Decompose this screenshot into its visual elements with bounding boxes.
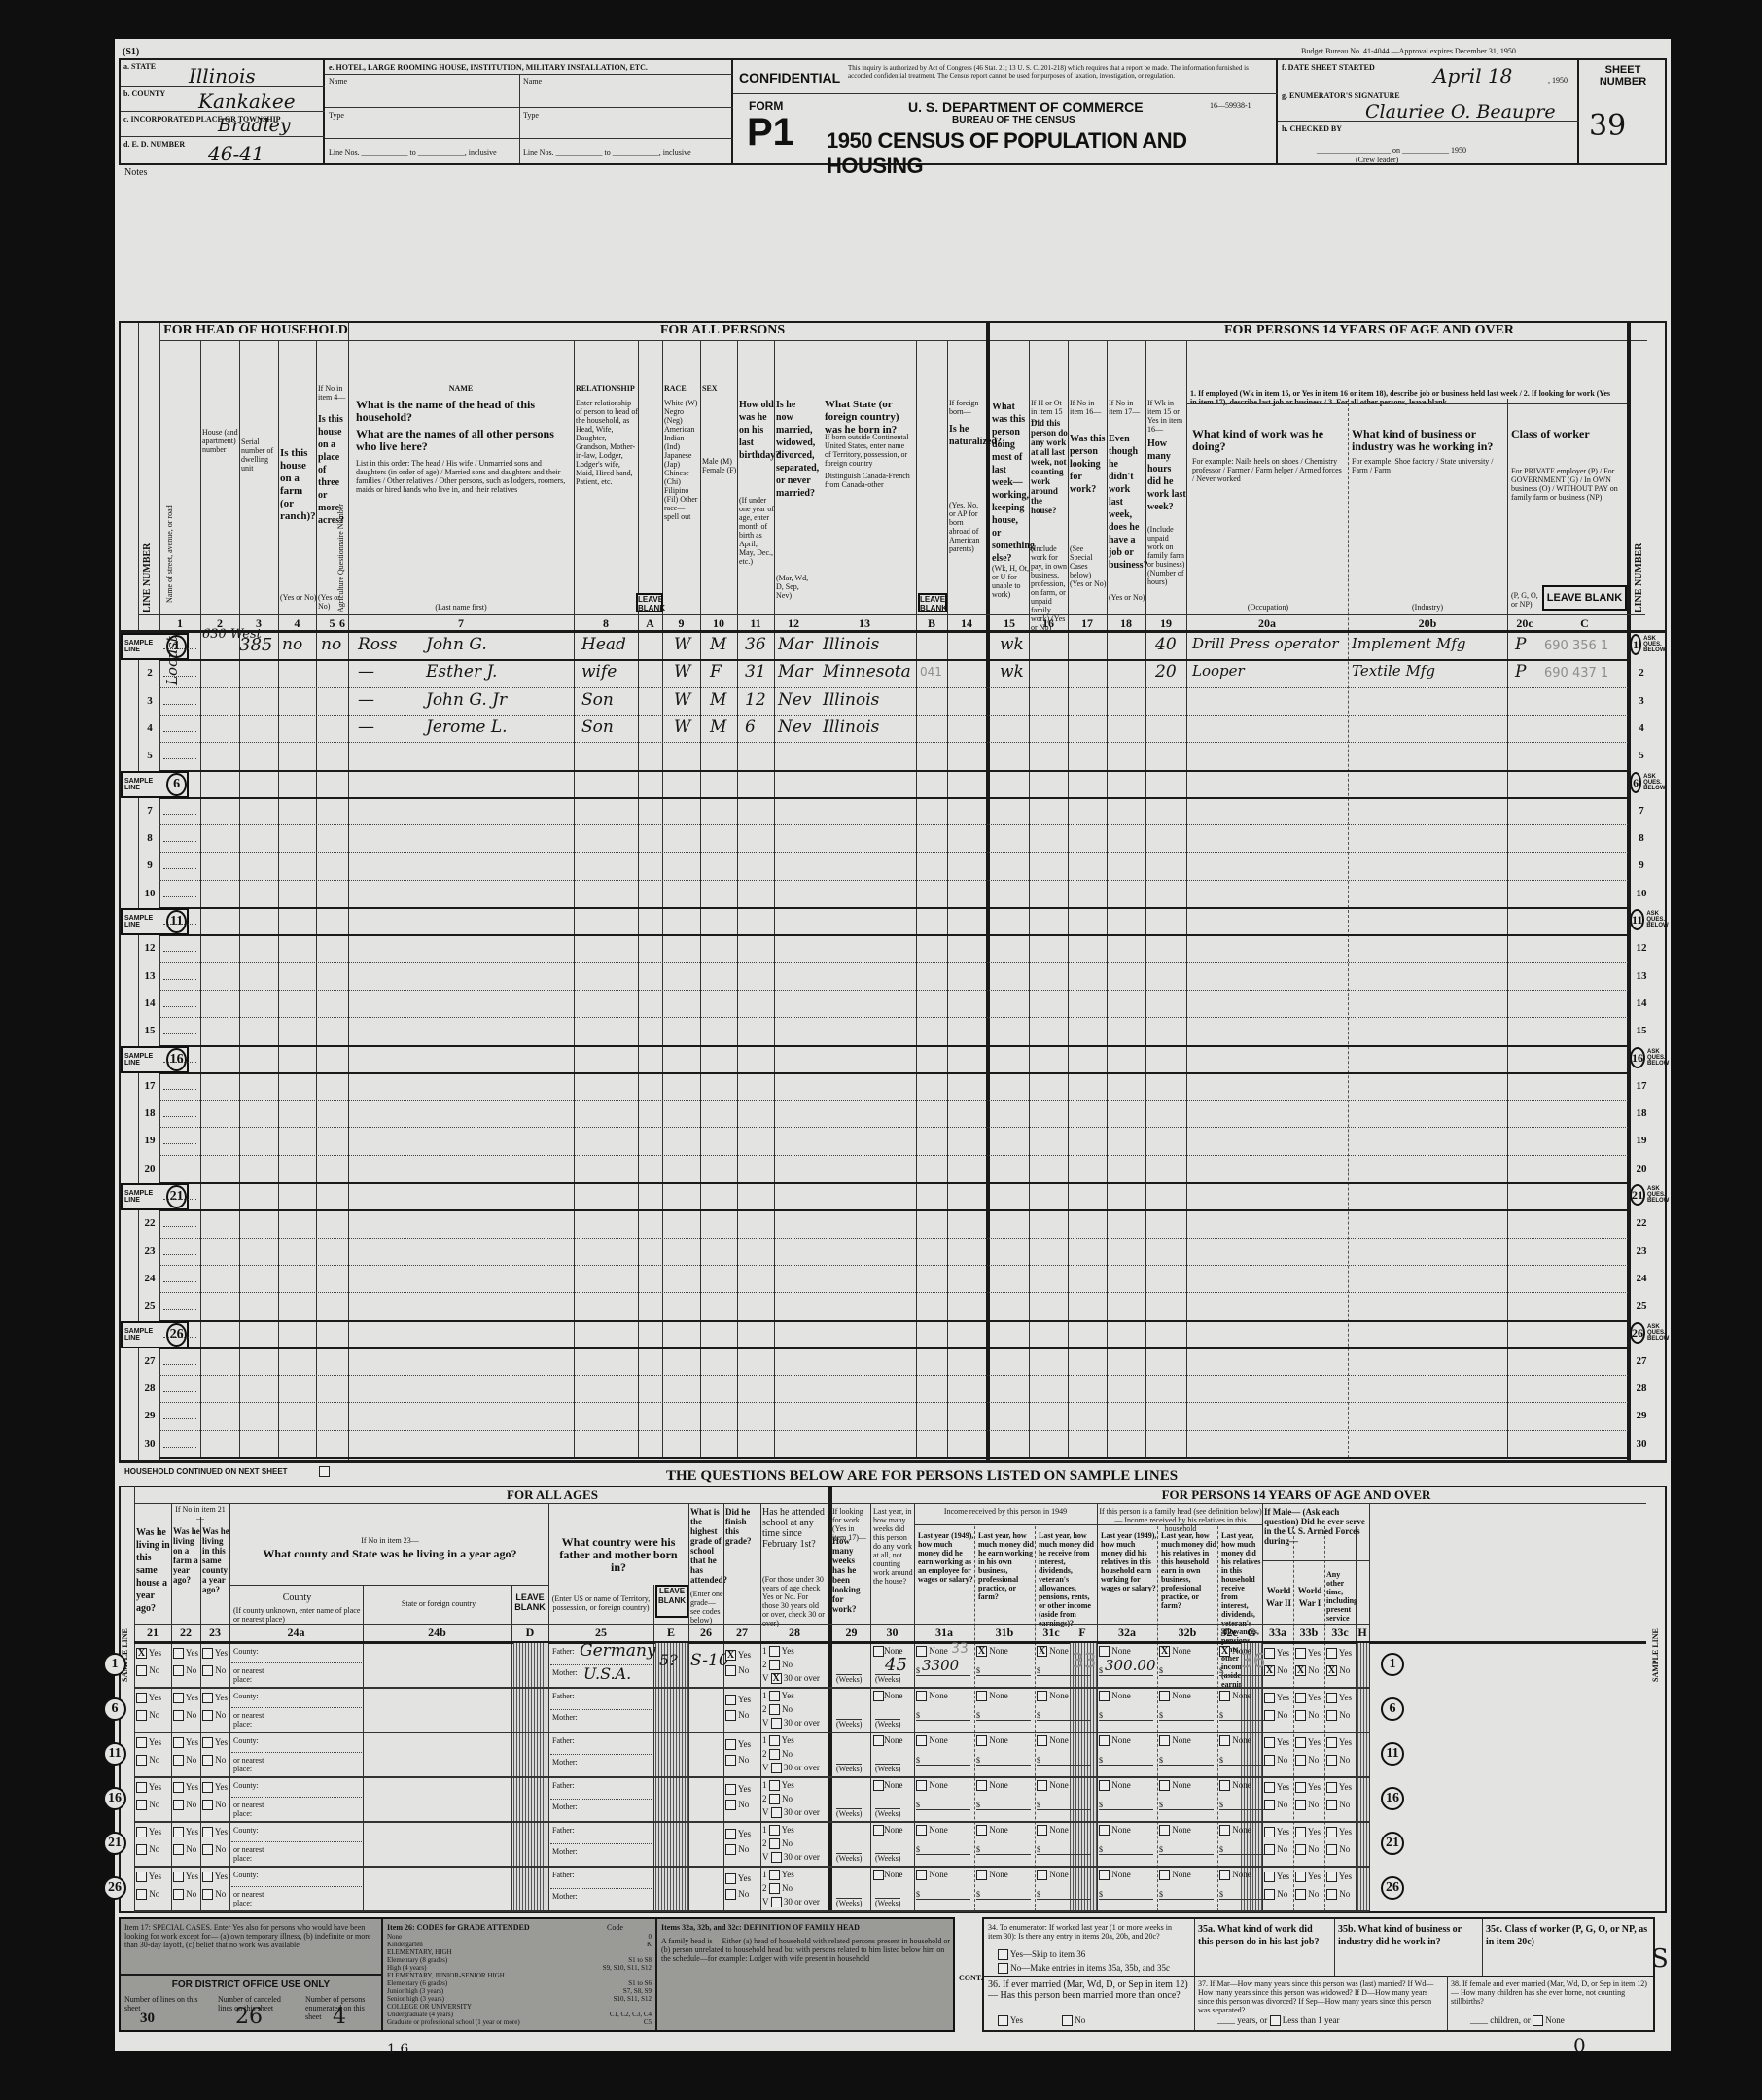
- col25-note: (Enter US or name of Territory, possessi…: [550, 1594, 652, 1612]
- row-divider: [159, 1238, 1628, 1239]
- sample-line-tag: SAMPLE LINE16: [121, 1046, 189, 1073]
- q33a-no-checkbox[interactable]: X: [1264, 1665, 1275, 1676]
- q32c-none-checkbox[interactable]: [1219, 1870, 1230, 1880]
- sample-tag-label: SAMPLE LINE: [124, 640, 162, 653]
- street-dotted: [163, 979, 196, 980]
- grade-code-value: S9, S10, S11, S12: [603, 1964, 652, 1972]
- cell-race: W: [674, 690, 698, 710]
- q32c-none-checkbox[interactable]: [1219, 1780, 1230, 1791]
- grade-code-row: KindergartenK: [387, 1941, 652, 1948]
- line-number: 12: [140, 942, 159, 954]
- q32a-none-checkbox[interactable]: [1099, 1646, 1110, 1657]
- q31c-none-checkbox[interactable]: [1037, 1870, 1047, 1880]
- row-divider: [159, 852, 1628, 853]
- q21-yes-checkbox[interactable]: X: [136, 1648, 147, 1659]
- q30-weeks: (Weeks): [875, 1853, 900, 1863]
- q21-yes-checkbox[interactable]: [136, 1827, 147, 1837]
- q23-no-checkbox[interactable]: [202, 1889, 213, 1900]
- q21-no-checkbox[interactable]: [136, 1710, 147, 1721]
- q31c-none-checkbox[interactable]: [1037, 1691, 1047, 1701]
- q22-no-checkbox[interactable]: [173, 1665, 184, 1676]
- q33a-yes-checkbox[interactable]: [1264, 1693, 1275, 1703]
- q33c-yes-checkbox[interactable]: [1326, 1737, 1337, 1748]
- q33b-yes-checkbox[interactable]: [1295, 1827, 1306, 1837]
- q32b-none-checkbox[interactable]: [1159, 1870, 1170, 1880]
- q33b-no-checkbox[interactable]: X: [1295, 1665, 1306, 1676]
- q33a-yes-checkbox[interactable]: [1264, 1782, 1275, 1793]
- cell-name_first: John G. Jr: [426, 690, 572, 710]
- below-marks: 1 6: [387, 2042, 408, 2057]
- sample-row-number: 11: [103, 1742, 126, 1766]
- q33a-no-checkbox[interactable]: [1264, 1844, 1275, 1855]
- q28-no-checkbox[interactable]: [769, 1749, 780, 1760]
- col20c-examples: For PRIVATE employer (P) / For GOVERNMEN…: [1511, 467, 1624, 502]
- q33a-no-checkbox[interactable]: [1264, 1755, 1275, 1766]
- q23-yes-checkbox[interactable]: [202, 1693, 213, 1703]
- cell-race: W: [674, 635, 698, 654]
- sample-row-divider: [134, 1687, 1369, 1689]
- q21-no-checkbox[interactable]: [136, 1889, 147, 1900]
- q38-none-checkbox[interactable]: [1533, 2015, 1543, 2026]
- line-number: 20: [140, 1163, 159, 1174]
- q28-yes-checkbox[interactable]: [769, 1780, 780, 1791]
- q22-yes-checkbox[interactable]: [173, 1693, 184, 1703]
- q27-no-checkbox[interactable]: [725, 1755, 736, 1766]
- colnum-15: 15: [990, 616, 1029, 631]
- q27-yes-checkbox[interactable]: X: [725, 1650, 736, 1661]
- q22-yes-checkbox[interactable]: [173, 1872, 184, 1882]
- street-dotted: [163, 868, 196, 869]
- q28-yes-checkbox[interactable]: [769, 1691, 780, 1701]
- q30-none-checkbox[interactable]: [873, 1870, 884, 1880]
- nearest-place-label: or nearest place:: [233, 1711, 282, 1729]
- q21-no-checkbox[interactable]: [136, 1844, 147, 1855]
- footer-instructions: Item 17: SPECIAL CASES. Enter Yes also f…: [119, 1917, 955, 2032]
- q33b-yes-checkbox[interactable]: [1295, 1693, 1306, 1703]
- q28-yes-checkbox[interactable]: [769, 1870, 780, 1880]
- q28-no-checkbox[interactable]: [769, 1838, 780, 1849]
- cell-farm: no: [282, 635, 315, 654]
- county-label: County:: [233, 1647, 259, 1656]
- col18-header: Even though he didn't work last week, do…: [1109, 433, 1145, 572]
- street-dotted: [163, 1199, 196, 1200]
- q33a-no-checkbox[interactable]: [1264, 1889, 1275, 1900]
- colnum-26: 26: [688, 1626, 723, 1640]
- colnum-33a: 33a: [1262, 1626, 1293, 1640]
- q32b-none-checkbox[interactable]: [1159, 1735, 1170, 1746]
- col12-note: (Mar, Wd, D, Sep, Nev): [776, 574, 813, 600]
- q31c-none-checkbox[interactable]: X: [1037, 1646, 1047, 1657]
- q22-no-checkbox[interactable]: [173, 1755, 184, 1766]
- line-number: 22: [140, 1217, 159, 1229]
- q32a-amount-line: $: [1099, 1711, 1153, 1721]
- q36-no-checkbox[interactable]: [1062, 2015, 1073, 2026]
- father-label: Father:: [552, 1871, 575, 1879]
- q21-yes-checkbox[interactable]: [136, 1872, 147, 1882]
- q33b-yes-checkbox[interactable]: [1295, 1737, 1306, 1748]
- col32a-header: Last year (1949), how much money did his…: [1101, 1531, 1157, 1592]
- district-office-label: FOR DISTRICT OFFICE USE ONLY: [121, 1979, 381, 1990]
- line-number-right: 12: [1632, 942, 1651, 954]
- q32a-none-checkbox[interactable]: [1099, 1735, 1110, 1746]
- q35c-text: 35c. Class of worker (P, G, O, or NP, as…: [1486, 1923, 1651, 1948]
- q31a-none-checkbox[interactable]: [916, 1646, 927, 1657]
- cell-hours: 40: [1155, 635, 1184, 654]
- q34-no-checkbox[interactable]: [998, 1963, 1008, 1974]
- col14-note: (Yes, No, or AP for born abroad of Ameri…: [949, 501, 986, 553]
- q31c-none-checkbox[interactable]: [1037, 1735, 1047, 1746]
- q33b-yes-checkbox[interactable]: [1295, 1872, 1306, 1882]
- county-label: County:: [233, 1781, 259, 1790]
- q33b-no-checkbox[interactable]: [1295, 1800, 1306, 1810]
- line-number-label-right: LINE NUMBER: [1634, 467, 1644, 612]
- q27-yes-checkbox[interactable]: [725, 1829, 736, 1839]
- q28-30-over-checkbox[interactable]: [771, 1807, 782, 1818]
- q31b-amount-line: $: [976, 1801, 1031, 1810]
- q27-no-checkbox[interactable]: [725, 1800, 736, 1810]
- q33c-yes-checkbox[interactable]: [1326, 1872, 1337, 1882]
- cell-industry: Textile Mfg: [1352, 662, 1507, 680]
- q33a-no-checkbox[interactable]: [1264, 1710, 1275, 1721]
- q38-none-label: None: [1545, 2015, 1565, 2025]
- street-dotted: [163, 1089, 196, 1090]
- q27-no-checkbox[interactable]: [725, 1665, 736, 1676]
- q33c-no-checkbox[interactable]: [1326, 1755, 1337, 1766]
- q31b-none-checkbox[interactable]: [976, 1780, 987, 1791]
- cell-name_last: Ross: [358, 635, 416, 654]
- q34-yes-checkbox[interactable]: [998, 1949, 1008, 1960]
- q22-no-checkbox[interactable]: [173, 1844, 184, 1855]
- q29-weeks: (Weeks): [836, 1674, 862, 1684]
- grade-code-value: S1 to S6: [628, 1979, 652, 1987]
- q33c-no-checkbox[interactable]: [1326, 1800, 1337, 1810]
- q33b-no-checkbox[interactable]: [1295, 1844, 1306, 1855]
- q28-yes-checkbox[interactable]: [769, 1825, 780, 1836]
- q32b-none-checkbox[interactable]: [1159, 1691, 1170, 1701]
- line-number: 17: [140, 1080, 159, 1092]
- county-label: County:: [233, 1692, 259, 1700]
- colnum-7: 7: [348, 616, 574, 631]
- q27-no-checkbox[interactable]: [725, 1844, 736, 1855]
- q33a-yes-checkbox[interactable]: [1264, 1648, 1275, 1659]
- q33c-no-checkbox[interactable]: [1326, 1844, 1337, 1855]
- cell-relationship: Head: [581, 635, 638, 654]
- row-divider: [159, 1292, 1628, 1293]
- mother-label: Mother:: [552, 1892, 578, 1901]
- q28-no-checkbox[interactable]: [769, 1794, 780, 1804]
- leave-blank-c: LEAVE BLANK: [1542, 585, 1627, 611]
- q23-no-checkbox[interactable]: [202, 1665, 213, 1676]
- enumerator-signature: Clauriee O. Beaupre: [1365, 101, 1556, 122]
- grade-code-value: K: [647, 1941, 652, 1948]
- q29-weeks: (Weeks): [836, 1719, 862, 1729]
- q32b-none-checkbox[interactable]: [1159, 1780, 1170, 1791]
- q21-yes-checkbox[interactable]: [136, 1693, 147, 1703]
- enumerated-value: 4: [333, 2005, 346, 2029]
- q28-no-checkbox[interactable]: [769, 1883, 780, 1894]
- q23-yes-checkbox[interactable]: [202, 1827, 213, 1837]
- county-label: County:: [233, 1826, 259, 1835]
- row-divider: [159, 1402, 1628, 1403]
- col15-header: What was this person doing most of last …: [992, 401, 1029, 565]
- q31b-none-checkbox[interactable]: [976, 1825, 987, 1836]
- colnum-8: 8: [574, 616, 638, 631]
- q32a-none-checkbox[interactable]: [1099, 1780, 1110, 1791]
- q31b-none-checkbox[interactable]: [976, 1735, 987, 1746]
- q31b-none-checkbox[interactable]: X: [976, 1646, 987, 1657]
- q31a-none-checkbox[interactable]: [916, 1825, 927, 1836]
- street-dotted: [163, 896, 196, 897]
- q32c-none-checkbox[interactable]: [1219, 1825, 1230, 1836]
- q33a-yes-checkbox[interactable]: [1264, 1872, 1275, 1882]
- street-name: Locust: [163, 627, 181, 685]
- q28-no-checkbox[interactable]: [769, 1660, 780, 1670]
- q22-no-checkbox[interactable]: [173, 1889, 184, 1900]
- street-dotted: [163, 1143, 196, 1144]
- q33c-yes-checkbox[interactable]: [1326, 1782, 1337, 1793]
- col7-head: NAME: [348, 384, 574, 393]
- q23-no-checkbox[interactable]: [202, 1710, 213, 1721]
- col20b-examples: For example: Shoe factory / State univer…: [1352, 457, 1503, 474]
- row-divider: [159, 1155, 1628, 1156]
- street-dotted: [163, 704, 196, 705]
- row-divider: [159, 880, 1628, 881]
- q23-yes-checkbox[interactable]: [202, 1872, 213, 1882]
- street-dotted: [163, 758, 196, 759]
- q23-no-checkbox[interactable]: [202, 1844, 213, 1855]
- q33b-no-checkbox[interactable]: [1295, 1755, 1306, 1766]
- hotel-line-nos-2: Line Nos. ____________ to ____________, …: [523, 148, 691, 157]
- q28-yes-checkbox[interactable]: [769, 1646, 780, 1657]
- mother-label: Mother:: [552, 1847, 578, 1856]
- line-number: 3: [140, 695, 159, 707]
- q32c-none-checkbox[interactable]: [1219, 1691, 1230, 1701]
- line-number-right: 18: [1632, 1107, 1651, 1119]
- q30-none-checkbox[interactable]: [873, 1780, 884, 1791]
- q33c-yes-checkbox[interactable]: [1326, 1827, 1337, 1837]
- q37-less-than-1-checkbox[interactable]: [1270, 2015, 1281, 2026]
- grade-code-row: Undergraduate (4 years)C1, C2, C3, C4: [387, 2011, 652, 2018]
- household-continued-checkbox[interactable]: [319, 1466, 330, 1477]
- q23-yes-checkbox[interactable]: [202, 1648, 213, 1659]
- q31a-none-checkbox[interactable]: [916, 1780, 927, 1791]
- q32b-none-checkbox[interactable]: [1159, 1825, 1170, 1836]
- colnum-12: 12: [774, 616, 813, 631]
- q33c-yes-checkbox[interactable]: [1326, 1648, 1337, 1659]
- q31b-none-checkbox[interactable]: [976, 1870, 987, 1880]
- row-divider: [159, 1100, 1628, 1101]
- q23-no-checkbox[interactable]: [202, 1800, 213, 1810]
- line-number-right: 4: [1632, 722, 1651, 734]
- line-number-right: 23: [1632, 1245, 1651, 1257]
- q21-yes-checkbox[interactable]: [136, 1782, 147, 1793]
- grade-codes-code-label: Code: [607, 1923, 623, 1932]
- colnum-30: 30: [870, 1626, 914, 1640]
- q29-weeks: (Weeks): [836, 1898, 862, 1907]
- margin-code: (S1): [123, 47, 139, 57]
- q31c-amount-line: $: [1037, 1845, 1091, 1855]
- title-block: CONFIDENTIAL This inquiry is authorized …: [733, 60, 1278, 163]
- grade-code-label: Junior high (3 years): [387, 1987, 443, 1995]
- line-number: 9: [140, 859, 159, 871]
- q28-no-checkbox[interactable]: [769, 1704, 780, 1715]
- cell-hours: 20: [1155, 662, 1184, 682]
- col18-note: (Yes or No): [1109, 593, 1145, 602]
- q30-weeks: (Weeks): [875, 1719, 900, 1729]
- q37-text: 37. If Mar—How many years since this per…: [1198, 1979, 1441, 2014]
- q30-none-checkbox[interactable]: [873, 1691, 884, 1701]
- line-number: 29: [140, 1410, 159, 1421]
- q21-no-checkbox[interactable]: [136, 1665, 147, 1676]
- q32c-none-checkbox[interactable]: X: [1219, 1646, 1230, 1657]
- q21-yes-checkbox[interactable]: [136, 1737, 147, 1748]
- sample-line-tag: SAMPLE LINE11: [121, 908, 189, 935]
- lines-on-sheet-value: 30: [140, 2011, 155, 2027]
- father-label: Father:: [552, 1826, 575, 1835]
- cell-name_first: Jerome L.: [426, 717, 572, 737]
- q33a-yes-checkbox[interactable]: [1264, 1737, 1275, 1748]
- street-dotted: [163, 924, 196, 925]
- street-dotted: [163, 1226, 196, 1227]
- q27-no-checkbox[interactable]: [725, 1710, 736, 1721]
- q32a-none-checkbox[interactable]: [1099, 1691, 1110, 1701]
- q22-yes-checkbox[interactable]: [173, 1648, 184, 1659]
- q31c-none-checkbox[interactable]: [1037, 1825, 1047, 1836]
- q31a-none-checkbox[interactable]: [916, 1691, 927, 1701]
- cell-class: P: [1515, 635, 1534, 654]
- q31a-none-checkbox[interactable]: [916, 1870, 927, 1880]
- sample-row-number-right: 11: [1381, 1742, 1404, 1766]
- q31b-none-checkbox[interactable]: [976, 1691, 987, 1701]
- q23-yes-checkbox[interactable]: [202, 1782, 213, 1793]
- colnum-22: 22: [171, 1626, 200, 1640]
- q33b-yes-checkbox[interactable]: [1295, 1648, 1306, 1659]
- form-code: 16—59938-1: [1210, 101, 1251, 110]
- q28-30-over-checkbox[interactable]: [771, 1763, 782, 1773]
- q28-yes-checkbox[interactable]: [769, 1735, 780, 1746]
- colnum-20a: 20a: [1186, 616, 1348, 631]
- q33b-no-checkbox[interactable]: [1295, 1889, 1306, 1900]
- row-divider: [159, 742, 1628, 743]
- colnum-16: 16: [1029, 616, 1068, 631]
- q27-yes-checkbox[interactable]: [725, 1784, 736, 1795]
- colnum-23: 23: [200, 1626, 229, 1640]
- col26-header: What is the highest grade of school that…: [690, 1507, 723, 1585]
- q33c-no-checkbox[interactable]: X: [1326, 1665, 1337, 1676]
- grade-code-label: Elementary (6 grades): [387, 1979, 447, 1987]
- colnum-e: E: [653, 1626, 688, 1640]
- q30-none-checkbox[interactable]: [873, 1735, 884, 1746]
- q27-yes-checkbox[interactable]: [725, 1695, 736, 1705]
- line-number-right: 10: [1632, 888, 1651, 899]
- cell-name_first: Esther J.: [426, 662, 572, 682]
- q31c-none-checkbox[interactable]: [1037, 1780, 1047, 1791]
- q32b-amount-line: $: [1159, 1756, 1214, 1766]
- street-dotted: [163, 1309, 196, 1310]
- sample-row-divider: [134, 1732, 1369, 1733]
- q22-no-checkbox[interactable]: [173, 1800, 184, 1810]
- confidential-label: CONFIDENTIAL: [739, 70, 840, 86]
- q23-no-checkbox[interactable]: [202, 1755, 213, 1766]
- q21-no-checkbox[interactable]: [136, 1755, 147, 1766]
- colnum-32c: 32c: [1217, 1626, 1241, 1640]
- q31a-code: 33: [951, 1641, 969, 1657]
- q22-no-checkbox[interactable]: [173, 1710, 184, 1721]
- q32c-none-checkbox[interactable]: [1219, 1735, 1230, 1746]
- col24a-note: (If county unknown, enter name of place …: [233, 1606, 362, 1624]
- q33c-no-checkbox[interactable]: [1326, 1889, 1337, 1900]
- armed-forces-header: If Male— (Ask each question) Did he ever…: [1264, 1507, 1369, 1546]
- q27-no-checkbox[interactable]: [725, 1889, 736, 1900]
- q32a-none-checkbox[interactable]: [1099, 1870, 1110, 1880]
- place-value: Bradley: [218, 115, 291, 136]
- q23-yes-checkbox[interactable]: [202, 1737, 213, 1748]
- cell-name_first: John G.: [426, 635, 572, 654]
- cell-activity: wk: [1000, 635, 1029, 654]
- section-persons-14: FOR PERSONS 14 YEARS OF AGE AND OVER: [1097, 323, 1641, 338]
- col20a-header: What kind of work was he doing?: [1192, 428, 1344, 453]
- q33a-no-checkbox[interactable]: [1264, 1800, 1275, 1810]
- colnum-17: 17: [1068, 616, 1107, 631]
- q33c-no-checkbox[interactable]: [1326, 1710, 1337, 1721]
- q36-no-label: No: [1075, 2015, 1085, 2025]
- col19-note: (Include unpaid work on family farm or b…: [1147, 525, 1186, 586]
- q31a-none-checkbox[interactable]: [916, 1735, 927, 1746]
- cell-race: W: [674, 717, 698, 737]
- q28-30-over-checkbox[interactable]: X: [771, 1673, 782, 1684]
- ask-below-label: ASK QUES. BELOW: [1647, 1186, 1669, 1204]
- grade-code-value: S10, S11, S12: [614, 1995, 652, 2003]
- county-value: Kankakee: [198, 89, 296, 113]
- q27-yes-checkbox[interactable]: [725, 1873, 736, 1884]
- sample-tag-label: SAMPLE LINE: [124, 915, 162, 928]
- q32b-none-checkbox[interactable]: X: [1159, 1646, 1170, 1657]
- street-dotted: [163, 1447, 196, 1448]
- q27-yes-checkbox[interactable]: [725, 1739, 736, 1750]
- col24-pre: If No in item 23—: [231, 1536, 548, 1545]
- cell-age: 31: [745, 662, 774, 682]
- q30-none-checkbox[interactable]: [873, 1825, 884, 1836]
- q21-no-checkbox[interactable]: [136, 1800, 147, 1810]
- q30-none-checkbox[interactable]: [873, 1646, 884, 1657]
- q28-30-over-checkbox[interactable]: [771, 1897, 782, 1907]
- q28-30-over-checkbox[interactable]: [771, 1852, 782, 1863]
- date-label: f. DATE SHEET STARTED: [1282, 63, 1375, 72]
- col20c-note: (P, G, O, or NP): [1511, 591, 1540, 609]
- q32a-amount-line: $: [1099, 1890, 1153, 1900]
- q33a-yes-checkbox[interactable]: [1264, 1827, 1275, 1837]
- q28-30-over-checkbox[interactable]: [771, 1718, 782, 1729]
- q22-yes-checkbox[interactable]: [173, 1737, 184, 1748]
- q31a-amount-line: $: [916, 1756, 970, 1766]
- line-number-right: 9: [1632, 859, 1651, 871]
- q22-yes-checkbox[interactable]: [173, 1782, 184, 1793]
- lines-on-sheet-label: Number of lines on this sheet: [124, 1995, 198, 2012]
- q33b-yes-checkbox[interactable]: [1295, 1782, 1306, 1793]
- col20c-header: Class of worker: [1511, 428, 1624, 440]
- grade-code-label: Undergraduate (4 years): [387, 2011, 453, 2018]
- col8-head: RELATIONSHIP: [576, 384, 638, 393]
- q36-yes-checkbox[interactable]: [998, 2015, 1008, 2026]
- q33c-yes-checkbox[interactable]: [1326, 1693, 1337, 1703]
- father-label: Father:: [552, 1736, 575, 1745]
- mother-birthplace: U.S.A.: [583, 1664, 631, 1683]
- q22-yes-checkbox[interactable]: [173, 1827, 184, 1837]
- col5-pre: If No in item 4—: [318, 384, 347, 402]
- q33b-no-checkbox[interactable]: [1295, 1710, 1306, 1721]
- q32a-none-checkbox[interactable]: [1099, 1825, 1110, 1836]
- q32b-amount-line: $: [1159, 1890, 1214, 1900]
